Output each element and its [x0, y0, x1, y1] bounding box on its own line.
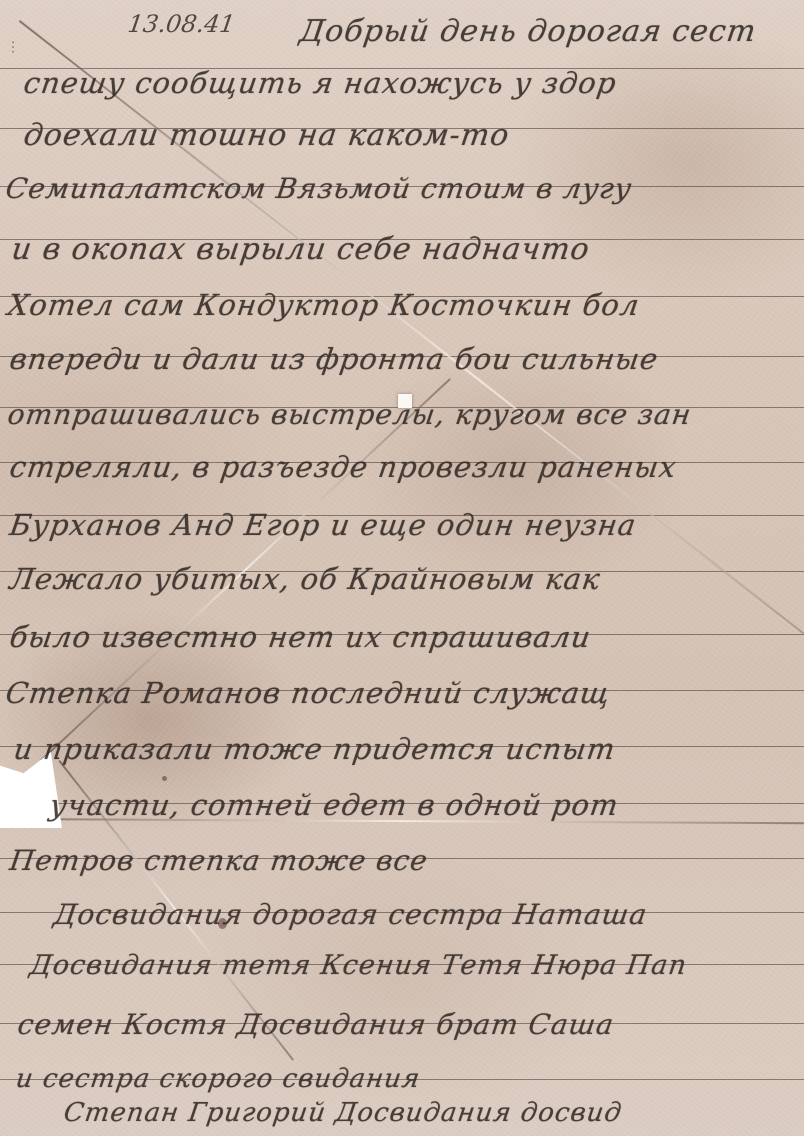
letter-line: спешу сообщить я нахожусь у здор	[22, 66, 619, 100]
margin-note: …	[2, 40, 18, 54]
letter-line: доехали тошно на каком-то	[22, 118, 512, 153]
letter-line: Досвидания дорогая сестра Наташа	[52, 898, 650, 931]
ink-spot	[162, 776, 167, 781]
letter-line: Бурханов Анд Егор и еще один неузна	[8, 508, 639, 542]
letter-line: Лежало убитых, об Крайновым как	[8, 562, 603, 596]
letter-line: Степан Григорий Досвидания досвид	[62, 1098, 624, 1128]
letter-line: стреляли, в разъезде провезли раненых	[8, 450, 679, 484]
letter-line: и в окопах вырыли себе надначто	[10, 232, 593, 267]
letter-line: семен Костя Досвидания брат Саша	[16, 1008, 617, 1041]
letter-line: и приказали тоже придется испыт	[12, 732, 618, 766]
letter-line: впереди и дали из фронта бои сильные	[8, 342, 661, 376]
letter-page: … 13.08.41 Добрый день дорогая сест спеш…	[0, 0, 804, 1136]
letter-line: Семипалатском Вязьмой стоим в лугу	[4, 172, 635, 205]
letter-line: Степка Романов последний служащ	[4, 676, 613, 710]
letter-line: и сестра скорого свидания	[14, 1064, 422, 1094]
letter-line: Хотел сам Кондуктор Косточкин бол	[6, 288, 642, 322]
letter-line: Досвидания тетя Ксения Тетя Нюра Пап	[28, 950, 689, 981]
letter-date: 13.08.41	[126, 10, 237, 38]
letter-line: Добрый день дорогая сест	[298, 14, 759, 49]
letter-line: было известно нет их спрашивали	[8, 620, 594, 654]
letter-line: участи, сотней едет в одной рот	[48, 788, 621, 822]
letter-line: отпрашивались выстрелы, кругом все зан	[6, 398, 694, 431]
letter-line: Петров степка тоже все	[8, 844, 431, 877]
